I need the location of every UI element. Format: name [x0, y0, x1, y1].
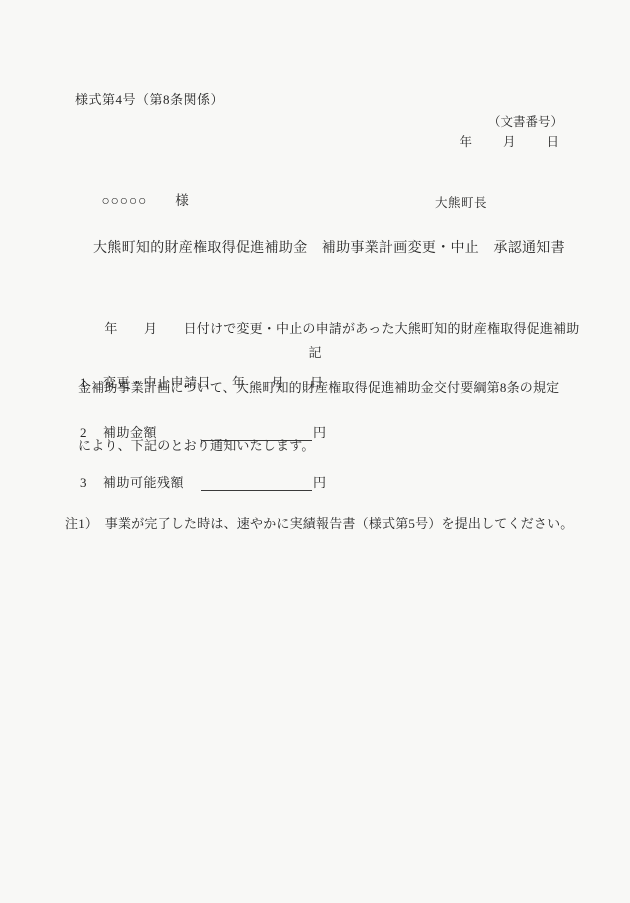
- addressee-row: ○○○○○様: [88, 175, 189, 226]
- currency-unit-label: 円: [313, 474, 326, 491]
- item-row-subsidy-amount: 2 補助金額 円: [0, 424, 630, 444]
- amount-fill-line: [201, 474, 312, 491]
- item-label: 補助金額: [103, 424, 157, 441]
- item-label: 変更・中止申請日: [103, 374, 211, 391]
- item-number: 3: [80, 474, 87, 491]
- item-label: 補助可能残額: [103, 474, 184, 491]
- doc-number-label: （文書番号）: [488, 115, 563, 130]
- record-marker: 記: [0, 345, 630, 361]
- amount-fill-line: [201, 424, 312, 441]
- addressee-honorific: 様: [175, 193, 189, 208]
- item-number: 2: [80, 424, 87, 441]
- footnote: 注1） 事業が完了した時は、速やかに実績報告書（様式第5号）を提出してください。: [65, 515, 574, 532]
- paragraph-line: 年 月 日付けで変更・中止の申請があった大熊町知的財産権取得促進補助: [78, 319, 579, 339]
- item-date-value: 年 月 日: [232, 374, 323, 391]
- sender-title: 大熊町長: [435, 195, 487, 211]
- item-number: 1: [80, 374, 87, 391]
- item-row-remaining-balance: 3 補助可能残額 円: [0, 474, 630, 494]
- document-title: 大熊町知的財産権取得促進補助金 補助事業計画変更・中止 承認通知書: [93, 240, 565, 258]
- item-row-application-date: 1 変更・中止申請日 年 月 日: [0, 374, 630, 394]
- issue-date-line: 年 月 日: [459, 135, 561, 150]
- currency-unit-label: 円: [313, 424, 326, 441]
- addressee-name: ○○○○○: [102, 193, 148, 208]
- document-page: 様式第4号（第8条関係） （文書番号） 年 月 日 ○○○○○様 大熊町長 大熊…: [0, 0, 630, 903]
- form-number-label: 様式第4号（第8条関係）: [75, 92, 224, 108]
